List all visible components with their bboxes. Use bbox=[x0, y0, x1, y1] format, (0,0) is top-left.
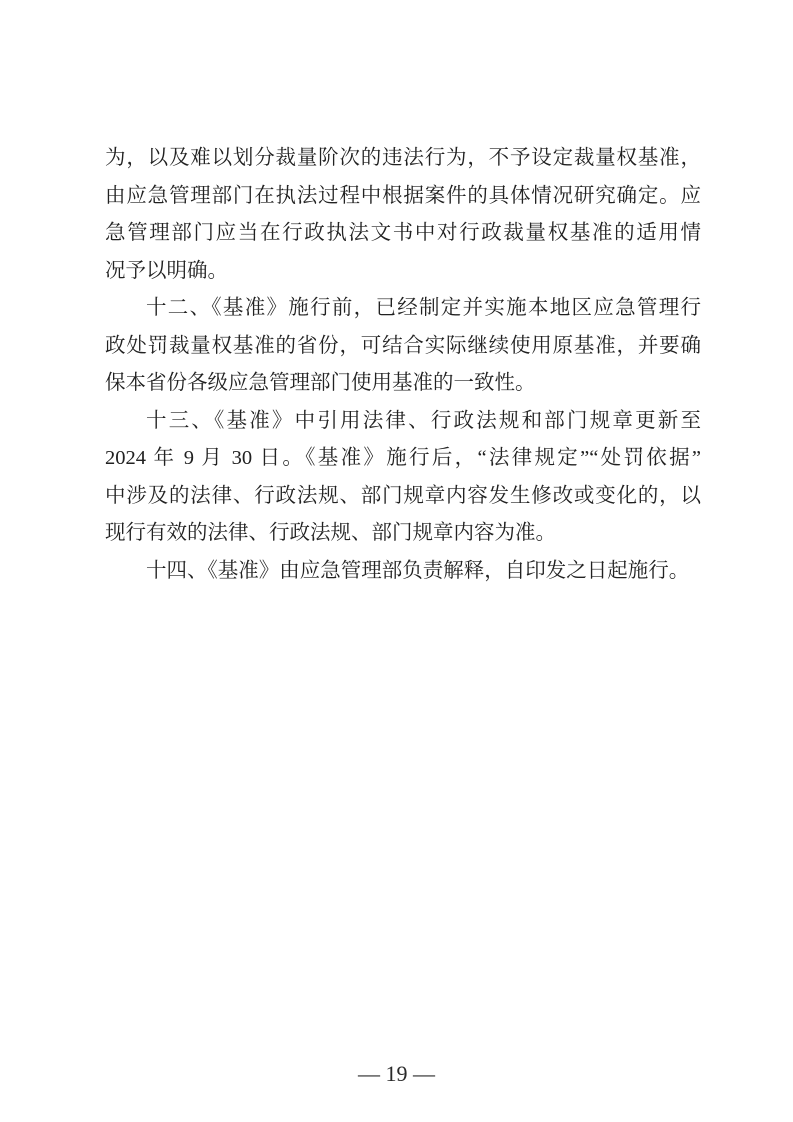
text-line: 保本省份各级应急管理部门使用基准的一致性。 bbox=[105, 365, 701, 403]
paragraph-item-12: 十二、《基准》施行前，已经制定并实施本地区应急管理行 政处罚裁量权基准的省份，可… bbox=[105, 290, 701, 403]
paragraph-item-13: 十三、《基准》中引用法律、行政法规和部门规章更新至 2024 年 9 月 30 … bbox=[105, 403, 701, 553]
document-body: 为，以及难以划分裁量阶次的违法行为，不予设定裁量权基准， 由应急管理部门在执法过… bbox=[105, 140, 701, 590]
text-line: 政处罚裁量权基准的省份，可结合实际继续使用原基准，并要确 bbox=[105, 328, 701, 366]
text-line: 为，以及难以划分裁量阶次的违法行为，不予设定裁量权基准， bbox=[105, 140, 701, 178]
text-line: 十三、《基准》中引用法律、行政法规和部门规章更新至 bbox=[105, 403, 701, 441]
text-line: 中涉及的法律、行政法规、部门规章内容发生修改或变化的，以 bbox=[105, 478, 701, 516]
text-line: 况予以明确。 bbox=[105, 253, 701, 291]
text-line: 现行有效的法律、行政法规、部门规章内容为准。 bbox=[105, 515, 701, 553]
paragraph-continuation-clause: 为，以及难以划分裁量阶次的违法行为，不予设定裁量权基准， 由应急管理部门在执法过… bbox=[105, 140, 701, 290]
text-line: 十二、《基准》施行前，已经制定并实施本地区应急管理行 bbox=[105, 290, 701, 328]
document-page: 为，以及难以划分裁量阶次的违法行为，不予设定裁量权基准， 由应急管理部门在执法过… bbox=[0, 0, 793, 1122]
text-line: 急管理部门应当在行政执法文书中对行政裁量权基准的适用情 bbox=[105, 215, 701, 253]
text-line: 由应急管理部门在执法过程中根据案件的具体情况研究确定。应 bbox=[105, 178, 701, 216]
paragraph-item-14: 十四、《基准》由应急管理部负责解释，自印发之日起施行。 bbox=[105, 553, 701, 591]
text-line: 2024 年 9 月 30 日。《基准》施行后，“法律规定”“处罚依据” bbox=[105, 440, 701, 478]
page-number: — 19 — bbox=[0, 1060, 793, 1088]
text-line: 十四、《基准》由应急管理部负责解释，自印发之日起施行。 bbox=[105, 553, 701, 591]
